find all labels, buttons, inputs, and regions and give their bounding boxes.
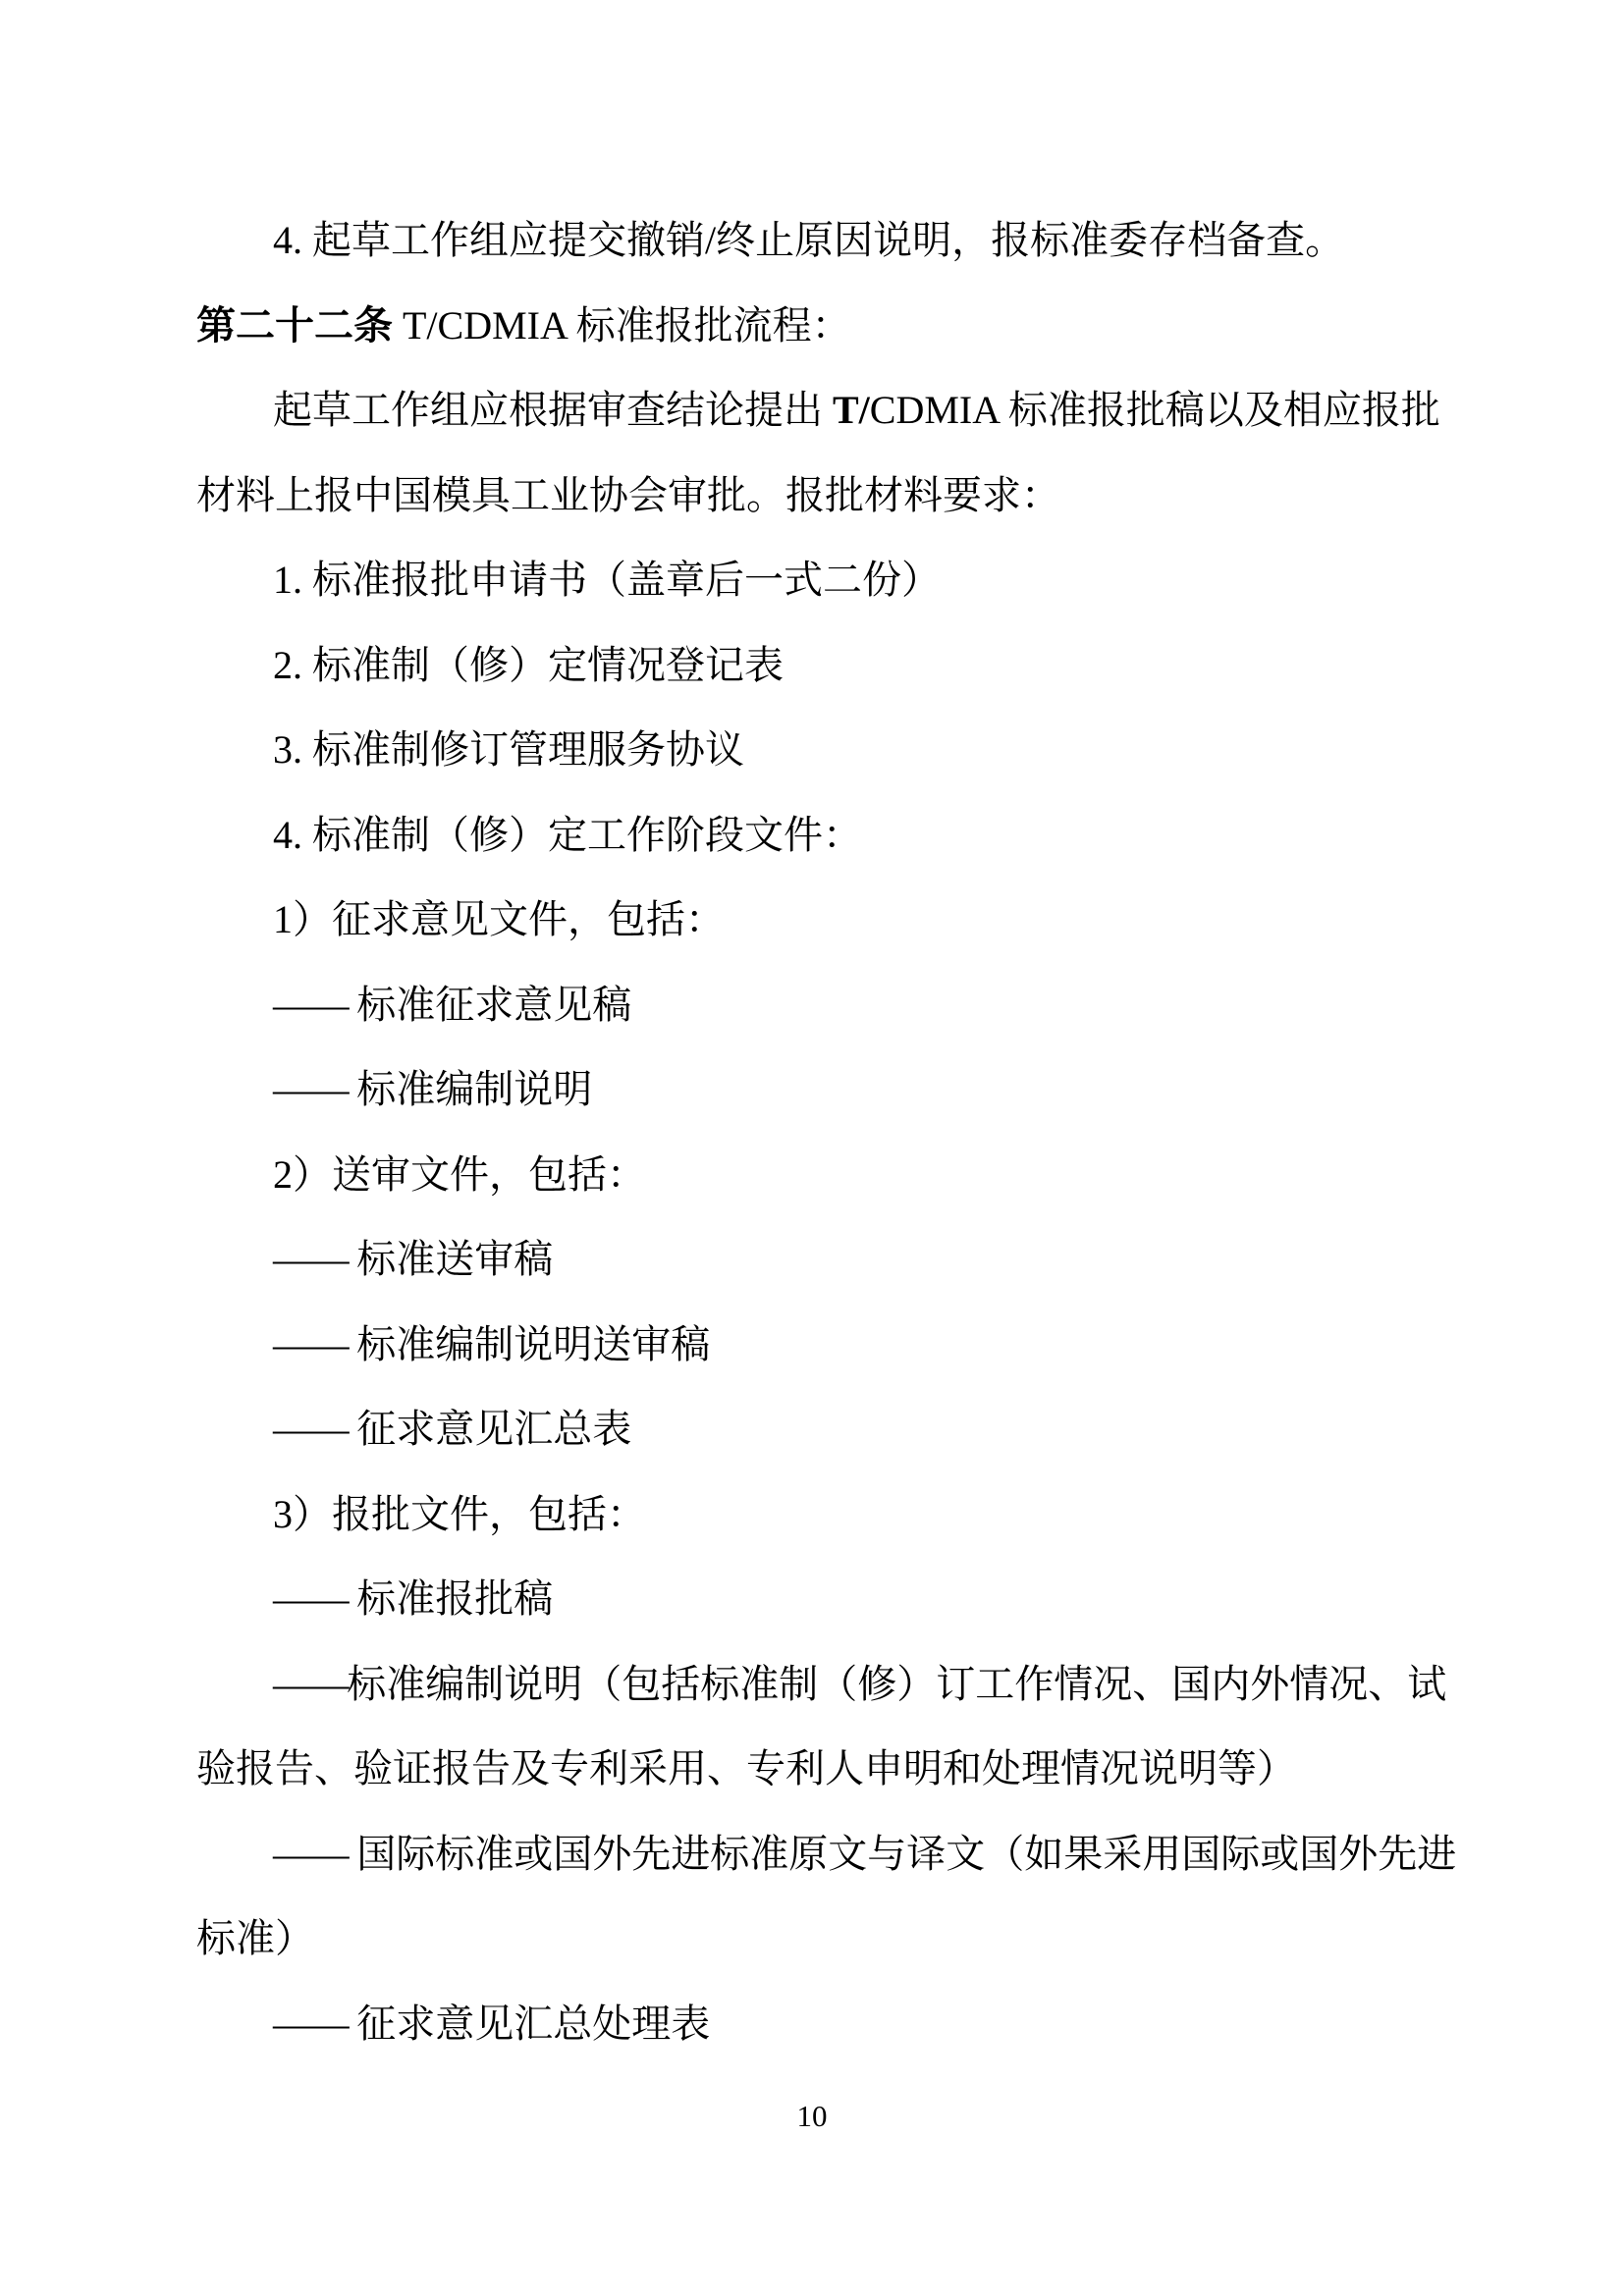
text-run: 验报告、验证报告及专利采用、专利人申明和处理情况说明等） — [196, 1746, 1296, 1790]
text-run: 起草工作组应根据审查结论提出 — [273, 388, 833, 432]
text-run: 标准编制说明送审稿 — [347, 1322, 710, 1366]
document-body: 4. 起草工作组应提交撤销/终止原因说明，报标准委存档备查。第二十二条 T/CD… — [196, 198, 1432, 2066]
text-line: 2. 标准制（修）定情况登记表 — [196, 623, 1432, 709]
text-run: T/ — [833, 388, 870, 432]
text-line: 2）送审文件，包括： — [196, 1133, 1432, 1218]
text-line: 材料上报中国模具工业协会审批。报批材料要求： — [196, 454, 1432, 539]
text-line: 1. 标准报批申请书（盖章后一式二份） — [196, 538, 1432, 623]
text-run: 2. 标准制（修）定情况登记表 — [273, 643, 784, 687]
text-line: —— 标准报批稿 — [196, 1557, 1432, 1642]
text-line: —— 征求意见汇总表 — [196, 1387, 1432, 1472]
document-page: 4. 起草工作组应提交撤销/终止原因说明，报标准委存档备查。第二十二条 T/CD… — [0, 0, 1624, 2296]
text-line: ——标准编制说明（包括标准制（修）订工作情况、国内外情况、试 — [196, 1642, 1432, 1728]
text-run: T/CDMIA 标准报批流程： — [393, 303, 851, 347]
text-line: 1）征求意见文件，包括： — [196, 878, 1432, 963]
text-run: 1）征求意见文件，包括： — [273, 897, 725, 941]
text-line: 起草工作组应根据审查结论提出 T/CDMIA 标准报批稿以及相应报批 — [196, 368, 1432, 454]
text-line: 验报告、验证报告及专利采用、专利人申明和处理情况说明等） — [196, 1727, 1432, 1812]
text-run: 标准） — [196, 1916, 314, 1960]
em-dash: —— — [273, 1407, 347, 1451]
text-run: 材料上报中国模具工业协会审批。报批材料要求： — [196, 473, 1060, 517]
text-run: 4. 标准制（修）定工作阶段文件： — [273, 813, 862, 857]
text-line: —— 标准编制说明送审稿 — [196, 1303, 1432, 1388]
text-line: —— 国际标准或国外先进标准原文与译文（如果采用国际或国外先进 — [196, 1812, 1432, 1897]
text-line: 3）报批文件，包括： — [196, 1472, 1432, 1558]
em-dash: —— — [273, 2002, 347, 2046]
text-run: 标准送审稿 — [347, 1237, 553, 1281]
text-run: 标准编制说明（包括标准制（修）订工作情况、国内外情况、试 — [347, 1662, 1446, 1706]
em-dash: —— — [273, 983, 347, 1027]
text-run: 4. 起草工作组应提交撤销/终止原因说明，报标准委存档备查。 — [273, 218, 1344, 262]
text-line: —— 标准送审稿 — [196, 1217, 1432, 1303]
em-dash: —— — [273, 1576, 347, 1621]
page-number: 10 — [0, 2101, 1624, 2131]
em-dash: —— — [273, 1322, 347, 1366]
em-dash: —— — [273, 1237, 347, 1281]
section-heading-line: 第二十二条 T/CDMIA 标准报批流程： — [196, 284, 1432, 369]
text-line: —— 征求意见汇总处理表 — [196, 1982, 1432, 2067]
text-line: 4. 标准制（修）定工作阶段文件： — [196, 793, 1432, 879]
text-line: —— 标准编制说明 — [196, 1047, 1432, 1133]
text-run: 国际标准或国外先进标准原文与译文（如果采用国际或国外先进 — [347, 1832, 1456, 1876]
text-run: 第二十二条 — [196, 303, 393, 347]
text-run: 征求意见汇总处理表 — [347, 2002, 710, 2046]
text-run: 标准编制说明 — [347, 1067, 592, 1111]
text-run: 3）报批文件，包括： — [273, 1492, 646, 1536]
text-line: 3. 标准制修订管理服务协议 — [196, 708, 1432, 793]
text-run: 1. 标准报批申请书（盖章后一式二份） — [273, 558, 941, 602]
text-run: CDMIA 标准报批稿以及相应报批 — [870, 388, 1440, 432]
text-line: —— 标准征求意见稿 — [196, 963, 1432, 1048]
text-run: 征求意见汇总表 — [347, 1407, 631, 1451]
em-dash: —— — [273, 1067, 347, 1111]
text-run: 3. 标准制修订管理服务协议 — [273, 727, 744, 772]
text-line: 4. 起草工作组应提交撤销/终止原因说明，报标准委存档备查。 — [196, 198, 1432, 284]
text-run: 2）送审文件，包括： — [273, 1152, 646, 1197]
em-dash: —— — [273, 1832, 347, 1876]
text-run: 标准征求意见稿 — [347, 983, 631, 1027]
text-line: 标准） — [196, 1896, 1432, 1982]
text-run: 标准报批稿 — [347, 1576, 553, 1621]
em-dash: —— — [273, 1662, 347, 1706]
